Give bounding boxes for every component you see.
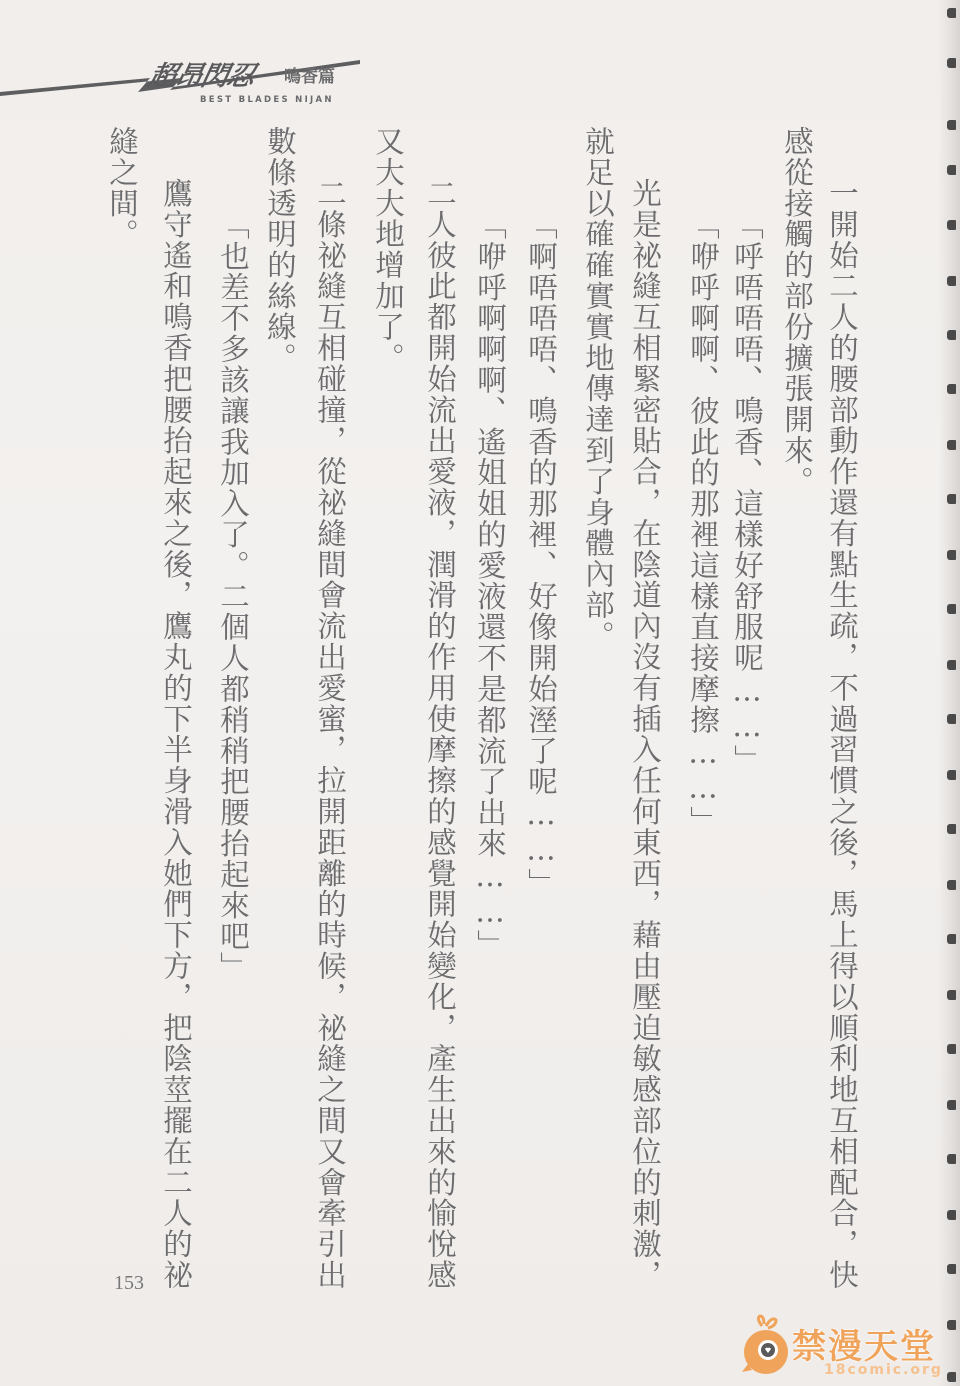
dialogue-column: 「咿呼啊啊、彼此的那裡這樣直接摩擦……」	[683, 210, 723, 837]
binding-ring-icon	[947, 120, 956, 130]
binding-ring-icon	[947, 1044, 956, 1054]
series-english-title: BEST BLADES NIJAN	[200, 95, 334, 105]
binding-ring-icon	[947, 276, 956, 286]
dialogue-column: 「呼唔唔唔、鳴香、這樣好舒服呢……」	[727, 210, 767, 775]
binding-ring-icon	[947, 714, 956, 724]
text-column: 二人彼此都開始流出愛液，潤滑的作用使摩擦的感覺開始變化，產生出來的愉悅感	[420, 178, 460, 1290]
text-column: 就足以確確實實地傳達到了身體內部。	[578, 126, 618, 651]
dialogue-column: 「咿呼啊啊啊、遙姐姐的愛液還不是都流了出來……」	[470, 210, 510, 961]
binding-ring-icon	[947, 934, 956, 944]
binding-ring-icon	[947, 550, 956, 560]
binding-ring-icon	[947, 220, 956, 230]
binding-ring-icon	[947, 660, 956, 670]
binding-ring-icon	[947, 1264, 956, 1274]
series-subtitle: 鳴香篇	[284, 62, 335, 87]
dialogue-column: 「啊唔唔唔、鳴香的那裡、好像開始溼了呢……」	[521, 210, 561, 899]
dialogue-column: 「也差不多該讓我加入了。二個人都稍稍把腰抬起來吧」	[213, 210, 253, 983]
binding-ring-icon	[947, 880, 956, 890]
text-column: 鷹守遙和鳴香把腰抬起來之後，鷹丸的下半身滑入她們下方，把陰莖擺在二人的祕	[156, 178, 196, 1290]
binding-ring-icon	[947, 8, 956, 18]
binding-ring-icon	[947, 1154, 956, 1164]
series-logo: 超昂閃忍 鳴香篇 BEST BLADES NIJAN	[0, 48, 360, 112]
binding-ring-icon	[947, 604, 956, 614]
page-number: 153	[114, 1272, 144, 1295]
binding-ring-icon	[947, 1100, 956, 1110]
watermark-url: 18comic.org	[824, 1362, 943, 1378]
page-edge	[938, 0, 960, 1386]
watermark: 禁漫天堂 18comic.org	[740, 1312, 960, 1386]
text-column: 二條祕縫互相碰撞，從祕縫間會流出愛蜜，拉開距離的時候，祕縫之間又會牽引出	[310, 178, 350, 1290]
text-column: 一開始二人的腰部動作還有點生疏，不過習慣之後，馬上得以順利地互相配合，快	[822, 178, 862, 1290]
binding-ring-icon	[947, 58, 956, 68]
text-column: 數條透明的絲線。	[260, 126, 300, 373]
text-column: 又大大地增加了。	[368, 126, 408, 373]
binding-ring-icon	[947, 1210, 956, 1220]
binding-ring-icon	[947, 494, 956, 504]
binding-ring-icon	[947, 770, 956, 780]
watermark-title: 禁漫天堂	[792, 1319, 936, 1368]
binding-ring-icon	[947, 384, 956, 394]
binding-ring-icon	[947, 165, 956, 175]
binding-ring-icon	[947, 990, 956, 1000]
binding-ring-icon	[947, 440, 956, 450]
text-column: 感從接觸的部份擴張開來。	[777, 126, 817, 497]
text-column: 縫之間。	[102, 126, 142, 250]
binding-ring-icon	[947, 824, 956, 834]
series-title: 超昂閃忍	[146, 54, 258, 93]
binding-ring-icon	[947, 330, 956, 340]
mascot-icon	[740, 1312, 800, 1386]
text-column: 光是祕縫互相緊密貼合，在陰道內沒有插入任何東西，藉由壓迫敏感部位的刺激，	[625, 178, 665, 1290]
